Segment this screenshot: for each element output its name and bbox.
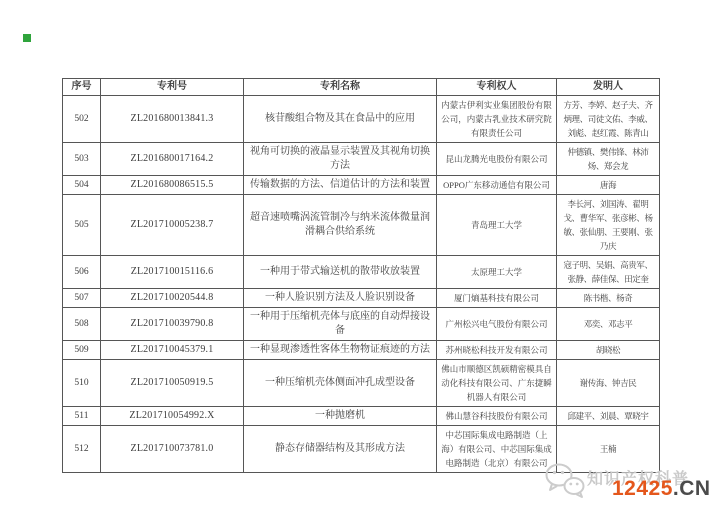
cell-patent-name: 一种显现渗透性客体生物物证痕迹的方法: [244, 341, 437, 360]
cell-patent-number: ZL201680086515.5: [101, 176, 244, 195]
cell-patentee: 佛山市顺德区凯硕精密模具自动化科技有限公司、广东捷瞬机器人有限公司: [437, 360, 557, 407]
cell-serial-number: 506: [63, 256, 101, 289]
cell-serial-number: 509: [63, 341, 101, 360]
cell-patent-number: ZL201710015116.6: [101, 256, 244, 289]
cell-patent-number: ZL201710054992.X: [101, 407, 244, 426]
cell-inventors: 胡晓松: [557, 341, 660, 360]
cell-patent-name: 传输数据的方法、信道估计的方法和装置: [244, 176, 437, 195]
cell-serial-number: 503: [63, 143, 101, 176]
table-row: 504 ZL201680086515.5 传输数据的方法、信道估计的方法和装置 …: [63, 176, 660, 195]
cell-patentee: 太原理工大学: [437, 256, 557, 289]
table-row: 503 ZL201680017164.2 视角可切换的液晶显示装置及其视角切换方…: [63, 143, 660, 176]
watermark-site-text: 12425.CN: [612, 477, 711, 501]
cell-patentee: 昆山龙腾光电股份有限公司: [437, 143, 557, 176]
table-row: 511 ZL201710054992.X 一种抛磨机 佛山慧谷科技股份有限公司 …: [63, 407, 660, 426]
header-inventors: 发明人: [557, 79, 660, 96]
cell-patentee: 广州松兴电气股份有限公司: [437, 308, 557, 341]
cell-patentee: OPPO广东移动通信有限公司: [437, 176, 557, 195]
header-patent-number: 专利号: [101, 79, 244, 96]
cell-inventors: 仲德镇、樊伟锋、林沛炀、郑会龙: [557, 143, 660, 176]
table-row: 509 ZL201710045379.1 一种显现渗透性客体生物物证痕迹的方法 …: [63, 341, 660, 360]
cell-patentee: 青岛理工大学: [437, 195, 557, 256]
cell-patent-name: 静态存储器结构及其形成方法: [244, 426, 437, 473]
cell-inventors: 李长河、刘国涛、翟明戈、曹华军、张彦彬、杨敏、张仙朋、王要刚、张乃庆: [557, 195, 660, 256]
cell-patentee: 苏州晓松科技开发有限公司: [437, 341, 557, 360]
cell-serial-number: 505: [63, 195, 101, 256]
cell-serial-number: 510: [63, 360, 101, 407]
header-patent-name: 专利名称: [244, 79, 437, 96]
header-row: 序号 专利号 专利名称 专利权人 发明人: [63, 79, 660, 96]
cell-serial-number: 504: [63, 176, 101, 195]
cell-patent-number: ZL201710073781.0: [101, 426, 244, 473]
cell-patentee: 中芯国际集成电路制造（上海）有限公司、中芯国际集成电路制造（北京）有限公司: [437, 426, 557, 473]
cell-patentee: 厦门熵基科技有限公司: [437, 289, 557, 308]
cell-patent-name: 一种用于带式输送机的散带收放装置: [244, 256, 437, 289]
cell-serial-number: 507: [63, 289, 101, 308]
cell-patent-name: 核苷酸组合物及其在食品中的应用: [244, 96, 437, 143]
cell-patent-number: ZL201710045379.1: [101, 341, 244, 360]
cell-patent-number: ZL201710020544.8: [101, 289, 244, 308]
cell-patent-number: ZL201710005238.7: [101, 195, 244, 256]
cell-serial-number: 502: [63, 96, 101, 143]
cell-serial-number: 511: [63, 407, 101, 426]
cell-patent-name: 一种抛磨机: [244, 407, 437, 426]
cell-serial-number: 508: [63, 308, 101, 341]
header-patentee: 专利权人: [437, 79, 557, 96]
table-row: 506 ZL201710015116.6 一种用于带式输送机的散带收放装置 太原…: [63, 256, 660, 289]
cell-patentee: 佛山慧谷科技股份有限公司: [437, 407, 557, 426]
table-body: 502 ZL201680013841.3 核苷酸组合物及其在食品中的应用 内蒙古…: [63, 96, 660, 473]
cell-patentee: 内蒙古伊利实业集团股份有限公司，内蒙古乳业技术研究院有限责任公司: [437, 96, 557, 143]
header-serial-number: 序号: [63, 79, 101, 96]
watermark-site-suffix: .CN: [673, 477, 711, 500]
cell-patent-number: ZL201710039790.8: [101, 308, 244, 341]
table-header: 序号 专利号 专利名称 专利权人 发明人: [63, 79, 660, 96]
cell-inventors: 唐海: [557, 176, 660, 195]
cell-patent-name: 一种压缩机壳体侧面冲孔成型设备: [244, 360, 437, 407]
cell-patent-number: ZL201680017164.2: [101, 143, 244, 176]
cell-patent-number: ZL201710050919.5: [101, 360, 244, 407]
patent-award-table: 序号 专利号 专利名称 专利权人 发明人 502 ZL201680013841.…: [62, 78, 660, 473]
wechat-icon: [544, 460, 586, 500]
table-row: 505 ZL201710005238.7 超音速喷嘴涡流管制冷与纳米流体微量润滑…: [63, 195, 660, 256]
cell-patent-name: 一种用于压缩机壳体与底座的自动焊接设备: [244, 308, 437, 341]
cell-inventors: 陈书楷、杨奇: [557, 289, 660, 308]
green-marker: [23, 34, 31, 42]
table-row: 510 ZL201710050919.5 一种压缩机壳体侧面冲孔成型设备 佛山市…: [63, 360, 660, 407]
cell-serial-number: 512: [63, 426, 101, 473]
cell-patent-number: ZL201680013841.3: [101, 96, 244, 143]
watermark: 知识产权科普 12425.CN: [544, 456, 720, 508]
cell-inventors: 谢传海、钟吉民: [557, 360, 660, 407]
cell-inventors: 寇子明、吴娟、高贵军、张静、薛佳保、田定奎: [557, 256, 660, 289]
cell-patent-name: 超音速喷嘴涡流管制冷与纳米流体微量润滑耦合供给系统: [244, 195, 437, 256]
cell-patent-name: 视角可切换的液晶显示装置及其视角切换方法: [244, 143, 437, 176]
table-row: 507 ZL201710020544.8 一种人脸识别方法及人脸识别设备 厦门熵…: [63, 289, 660, 308]
document-page: { "page": { "background": "#ffffff" }, "…: [0, 0, 720, 509]
cell-inventors: 方芳、李婷、赵子夫、齐炳理、司徒文佑、李威、刘彪、赵红霞、陈青山: [557, 96, 660, 143]
cell-inventors: 邓奕、邓志平: [557, 308, 660, 341]
table-row: 502 ZL201680013841.3 核苷酸组合物及其在食品中的应用 内蒙古…: [63, 96, 660, 143]
watermark-site-number: 12425: [612, 477, 673, 500]
cell-inventors: 邱建平、刘晨、覃晓宇: [557, 407, 660, 426]
table-row: 508 ZL201710039790.8 一种用于压缩机壳体与底座的自动焊接设备…: [63, 308, 660, 341]
cell-patent-name: 一种人脸识别方法及人脸识别设备: [244, 289, 437, 308]
